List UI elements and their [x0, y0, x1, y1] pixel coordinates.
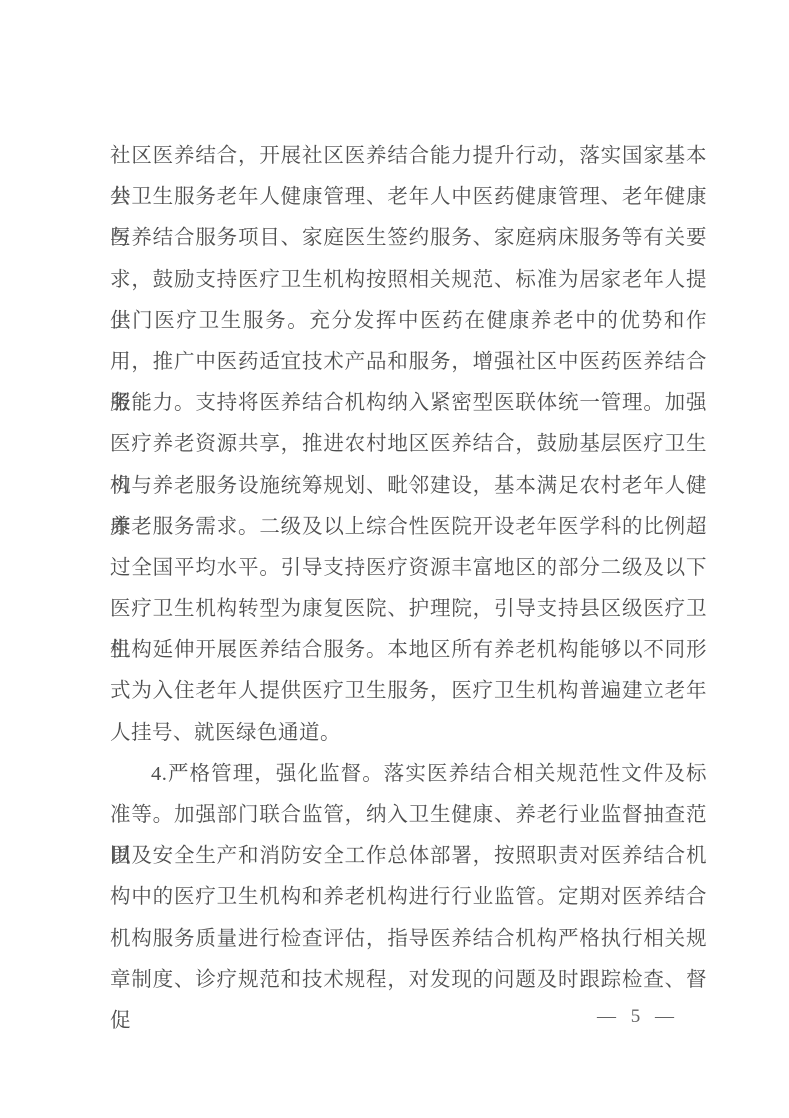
text-line: 医养结合服务项目、家庭医生签约服务、家庭病床服务等有关要	[110, 218, 707, 259]
text-line: 章制度、诊疗规范和技术规程，对发现的问题及时跟踪检查、督促	[110, 960, 707, 1001]
text-line: 构与养老服务设施统筹规划、毗邻建设，基本满足农村老年人健康	[110, 466, 707, 507]
text-line: 过全国平均水平。引导支持医疗资源丰富地区的部分二级及以下	[110, 548, 707, 589]
text-line: 共卫生服务老年人健康管理、老年人中医药健康管理、老年健康与	[110, 177, 707, 218]
document-page: 社区医养结合，开展社区医养结合能力提升行动，落实国家基本公共卫生服务老年人健康管…	[0, 0, 789, 1118]
paragraph: 社区医养结合，开展社区医养结合能力提升行动，落实国家基本公共卫生服务老年人健康管…	[110, 136, 707, 754]
text-line: 医疗卫生机构转型为康复医院、护理院，引导支持县区级医疗卫生	[110, 589, 707, 630]
text-line: 4.严格管理，强化监督。落实医养结合相关规范性文件及标	[110, 754, 707, 795]
text-line: 求，鼓励支持医疗卫生机构按照相关规范、标准为居家老年人提供	[110, 260, 707, 301]
text-line: 养老服务需求。二级及以上综合性医院开设老年医学科的比例超	[110, 507, 707, 548]
text-line: 医疗养老资源共享，推进农村地区医养结合，鼓励基层医疗卫生机	[110, 424, 707, 465]
text-line: 人挂号、就医绿色通道。	[110, 713, 707, 754]
text-line: 务能力。支持将医养结合机构纳入紧密型医联体统一管理。加强	[110, 383, 707, 424]
text-line: 机构延伸开展医养结合服务。本地区所有养老机构能够以不同形	[110, 630, 707, 671]
text-line: 构中的医疗卫生机构和养老机构进行行业监管。定期对医养结合	[110, 877, 707, 918]
text-line: 式为入住老年人提供医疗卫生服务，医疗卫生机构普遍建立老年	[110, 671, 707, 712]
text-line: 社区医养结合，开展社区医养结合能力提升行动，落实国家基本公	[110, 136, 707, 177]
paragraph: 4.严格管理，强化监督。落实医养结合相关规范性文件及标准等。加强部门联合监管，纳…	[110, 754, 707, 1001]
text-line: 以及安全生产和消防安全工作总体部署，按照职责对医养结合机	[110, 836, 707, 877]
text-line: 用，推广中医药适宜技术产品和服务，增强社区中医药医养结合服	[110, 342, 707, 383]
page-number: — 5 —	[597, 1005, 675, 1029]
document-body: 社区医养结合，开展社区医养结合能力提升行动，落实国家基本公共卫生服务老年人健康管…	[110, 136, 707, 1001]
text-line: 准等。加强部门联合监管，纳入卫生健康、养老行业监督抽查范围	[110, 795, 707, 836]
text-line: 机构服务质量进行检查评估，指导医养结合机构严格执行相关规	[110, 919, 707, 960]
text-line: 上门医疗卫生服务。充分发挥中医药在健康养老中的优势和作	[110, 301, 707, 342]
